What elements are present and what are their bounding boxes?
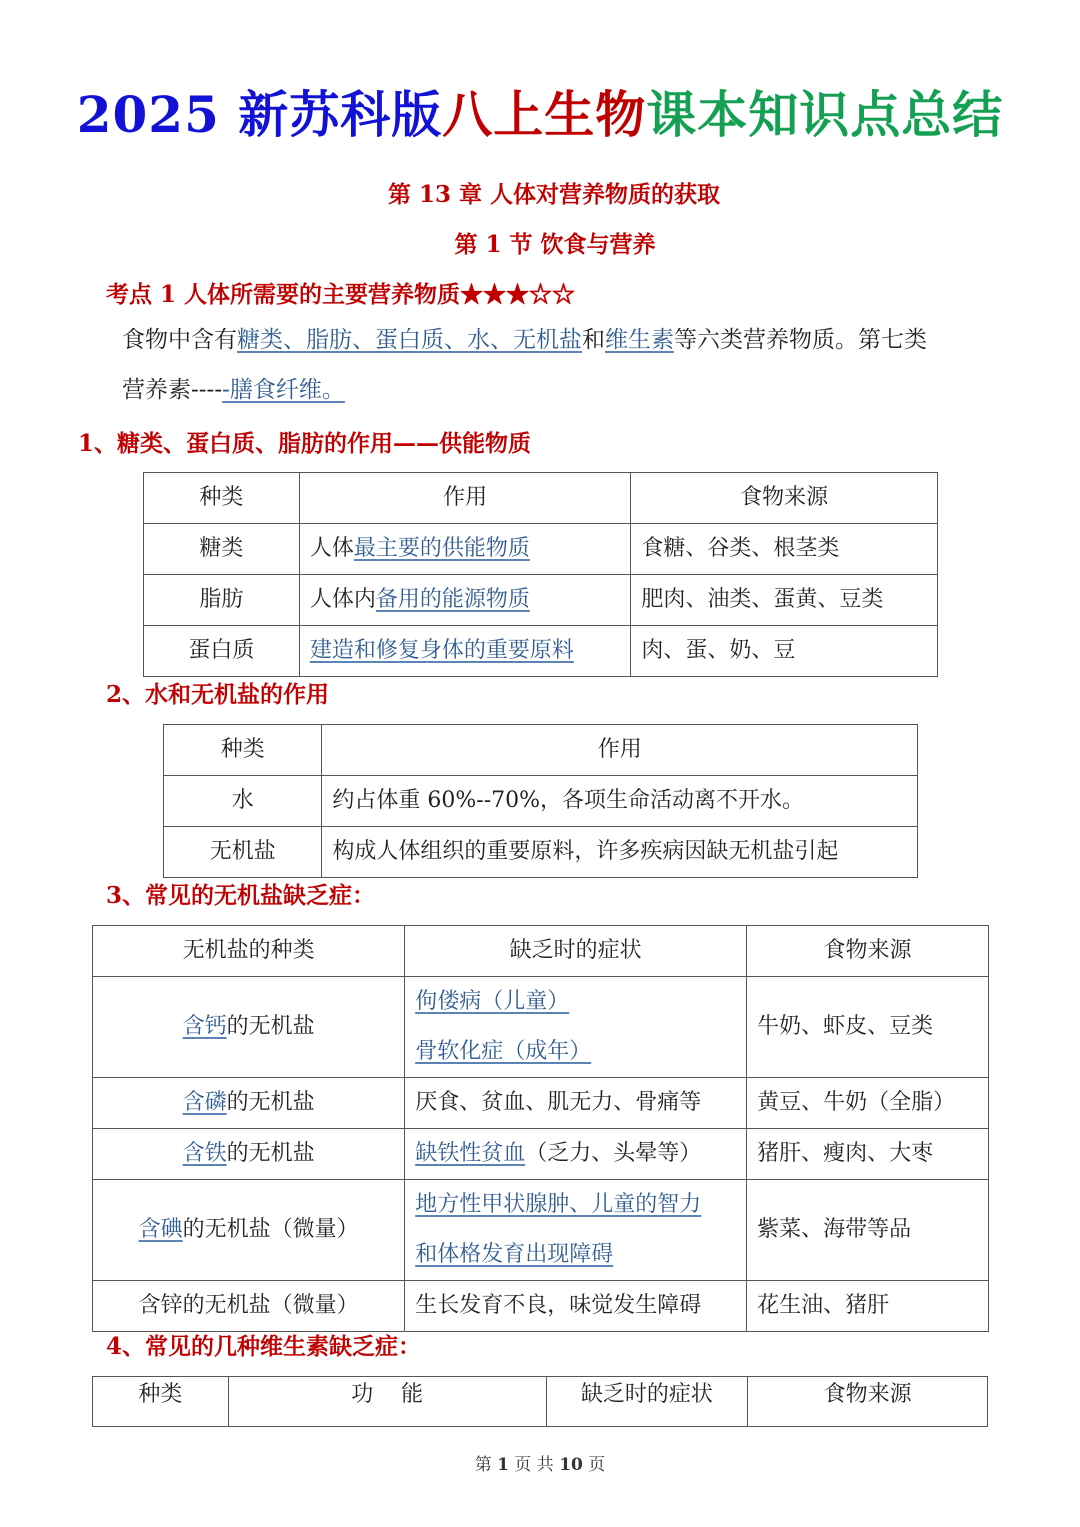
intro-text: 食物中含有 (122, 327, 237, 353)
header-cell: 无机盐的种类 (93, 926, 405, 977)
footer-text: 页 (588, 1455, 605, 1475)
cell-source: 食糖、谷类、根茎类 (631, 524, 938, 575)
kind-highlight: 含磷 (183, 1090, 227, 1115)
kaodian-heading: 考点 1 人体所需要的主要营养物质★★★☆☆ (106, 276, 575, 309)
kind-text: 的无机盐 (227, 1090, 315, 1115)
cell-source: 牛奶、虾皮、豆类 (747, 977, 989, 1078)
table-row: 含碘的无机盐（微量） 地方性甲状腺肿、儿童的智力和体格发育出现障碍 紫菜、海带等… (93, 1180, 989, 1281)
highlight-fiber: -膳食纤维。 (222, 377, 345, 403)
header-cell: 缺乏时的症状 (546, 1377, 748, 1427)
table-header-row: 无机盐的种类 缺乏时的症状 食物来源 (93, 926, 989, 977)
role-text: 人体内 (310, 587, 376, 612)
table-row: 含磷的无机盐 厌食、贫血、肌无力、骨痛等 黄豆、牛奶（全脂） (93, 1078, 989, 1129)
title-part-3: 课本知识点总结 (646, 85, 1003, 144)
kind-highlight: 含钙 (183, 1014, 227, 1039)
cell-source: 紫菜、海带等品 (747, 1180, 989, 1281)
table-header-row: 种类 作用 食物来源 (144, 473, 938, 524)
kind-highlight: 含铁 (183, 1141, 227, 1166)
header-cell: 种类 (144, 473, 300, 524)
footer-text: 页 共 (514, 1455, 553, 1475)
cell-kind: 水 (164, 776, 322, 827)
table-row: 含钙的无机盐 佝偻病（儿童）骨软化症（成年） 牛奶、虾皮、豆类 (93, 977, 989, 1078)
intro-text: 和 (582, 327, 605, 353)
kind-text: 的无机盐 (227, 1014, 315, 1039)
document-title: 2025 新苏科版八上生物课本知识点总结 (0, 80, 1080, 150)
cell-source: 猪肝、瘦肉、大枣 (747, 1129, 989, 1180)
cell-symptom: 厌食、贫血、肌无力、骨痛等 (405, 1078, 747, 1129)
header-cell: 种类 (93, 1377, 229, 1427)
cell-symptom: 生长发育不良，味觉发生障碍 (405, 1281, 747, 1332)
cell-role: 人体最主要的供能物质 (299, 524, 631, 575)
cell-kind: 含铁的无机盐 (93, 1129, 405, 1180)
table-header-row: 种类 功 能 缺乏时的症状 食物来源 (93, 1377, 988, 1427)
table-water-minerals: 种类 作用 水 约占体重 60%--70%，各项生命活动离不开水。 无机盐 构成… (163, 724, 918, 878)
header-cell: 食物来源 (748, 1377, 988, 1427)
section-heading: 第 1 节 饮食与营养 (0, 226, 1080, 259)
cell-source: 肉、蛋、奶、豆 (631, 626, 938, 677)
role-highlight: 备用的能源物质 (376, 587, 530, 612)
cell-role: 约占体重 60%--70%，各项生命活动离不开水。 (322, 776, 918, 827)
table-row: 糖类 人体最主要的供能物质 食糖、谷类、根茎类 (144, 524, 938, 575)
intro-text: 等六类营养物质。第七类 (674, 327, 927, 353)
cell-source: 黄豆、牛奶（全脂） (747, 1078, 989, 1129)
table-vitamin-deficiency: 种类 功 能 缺乏时的症状 食物来源 (92, 1376, 988, 1427)
header-cell: 功 能 (228, 1377, 546, 1427)
heading-1: 1、糖类、蛋白质、脂肪的作用——供能物质 (78, 425, 531, 458)
kind-text: 含锌的无机盐（微量） (139, 1293, 359, 1318)
role-text: 人体 (310, 536, 354, 561)
symptom-text: （乏力、头晕等） (525, 1141, 701, 1166)
header-cell: 种类 (164, 725, 322, 776)
cell-kind: 含钙的无机盐 (93, 977, 405, 1078)
table-mineral-deficiency: 无机盐的种类 缺乏时的症状 食物来源 含钙的无机盐 佝偻病（儿童）骨软化症（成年… (92, 925, 989, 1332)
kind-text: 的无机盐（微量） (183, 1217, 359, 1242)
cell-kind: 糖类 (144, 524, 300, 575)
star-rating: ★★★☆☆ (460, 281, 575, 308)
cell-kind: 蛋白质 (144, 626, 300, 677)
symptom-highlight: 缺铁性贫血 (415, 1141, 525, 1166)
table-header-row: 种类 作用 (164, 725, 918, 776)
cell-symptom: 佝偻病（儿童）骨软化症（成年） (405, 977, 747, 1078)
kaodian-label: 考点 1 人体所需要的主要营养物质 (106, 281, 460, 308)
role-highlight: 建造和修复身体的重要原料 (310, 638, 574, 663)
page-number: 1 (497, 1455, 509, 1475)
cell-kind: 无机盐 (164, 827, 322, 878)
highlight-nutrients: 糖类、脂肪、蛋白质、水、无机盐 (237, 327, 582, 353)
chapter-heading: 第 13 章 人体对营养物质的获取 (0, 176, 1080, 209)
intro-line-1: 食物中含有糖类、脂肪、蛋白质、水、无机盐和维生素等六类营养物质。第七类 (122, 325, 927, 355)
kind-highlight: 含碘 (139, 1217, 183, 1242)
cell-kind: 含碘的无机盐（微量） (93, 1180, 405, 1281)
table-energy-nutrients: 种类 作用 食物来源 糖类 人体最主要的供能物质 食糖、谷类、根茎类 脂肪 人体… (143, 472, 938, 677)
table-row: 无机盐 构成人体组织的重要原料，许多疾病因缺无机盐引起 (164, 827, 918, 878)
header-cell: 作用 (299, 473, 631, 524)
role-highlight: 最主要的供能物质 (354, 536, 530, 561)
table-row: 脂肪 人体内备用的能源物质 肥肉、油类、蛋黄、豆类 (144, 575, 938, 626)
intro-text: 营养素---- (122, 377, 222, 403)
heading-4: 4、常见的几种维生素缺乏症： (106, 1328, 421, 1361)
table-row: 水 约占体重 60%--70%，各项生命活动离不开水。 (164, 776, 918, 827)
table-row: 蛋白质 建造和修复身体的重要原料 肉、蛋、奶、豆 (144, 626, 938, 677)
cell-role: 建造和修复身体的重要原料 (299, 626, 631, 677)
cell-source: 肥肉、油类、蛋黄、豆类 (631, 575, 938, 626)
cell-kind: 含磷的无机盐 (93, 1078, 405, 1129)
table-row: 含锌的无机盐（微量） 生长发育不良，味觉发生障碍 花生油、猪肝 (93, 1281, 989, 1332)
title-part-1: 2025 新苏科版 (77, 85, 443, 144)
cell-symptom: 地方性甲状腺肿、儿童的智力和体格发育出现障碍 (405, 1180, 747, 1281)
heading-3: 3、常见的无机盐缺乏症： (106, 877, 375, 910)
title-part-2: 八上生物 (442, 85, 646, 144)
symptom-highlight: 骨软化症（成年） (415, 1027, 591, 1077)
kind-text: 的无机盐 (227, 1141, 315, 1166)
header-cell: 作用 (322, 725, 918, 776)
header-cell: 食物来源 (747, 926, 989, 977)
total-pages: 10 (559, 1455, 583, 1475)
footer-text: 第 (475, 1455, 492, 1475)
table-row: 含铁的无机盐 缺铁性贫血（乏力、头晕等） 猪肝、瘦肉、大枣 (93, 1129, 989, 1180)
symptom-highlight: 佝偻病（儿童） (415, 977, 569, 1027)
heading-2: 2、水和无机盐的作用 (106, 676, 329, 709)
symptom-highlight: 地方性甲状腺肿、儿童的智力 (415, 1192, 701, 1217)
header-cell: 缺乏时的症状 (405, 926, 747, 977)
cell-symptom: 缺铁性贫血（乏力、头晕等） (405, 1129, 747, 1180)
cell-role: 构成人体组织的重要原料，许多疾病因缺无机盐引起 (322, 827, 918, 878)
cell-role: 人体内备用的能源物质 (299, 575, 631, 626)
symptom-highlight: 和体格发育出现障碍 (415, 1242, 613, 1267)
cell-kind: 含锌的无机盐（微量） (93, 1281, 405, 1332)
page-footer: 第 1 页 共 10 页 (0, 1450, 1080, 1475)
intro-line-2: 营养素-----膳食纤维。 (122, 375, 345, 405)
header-cell: 食物来源 (631, 473, 938, 524)
cell-kind: 脂肪 (144, 575, 300, 626)
highlight-vitamin: 维生素 (605, 327, 674, 353)
cell-source: 花生油、猪肝 (747, 1281, 989, 1332)
